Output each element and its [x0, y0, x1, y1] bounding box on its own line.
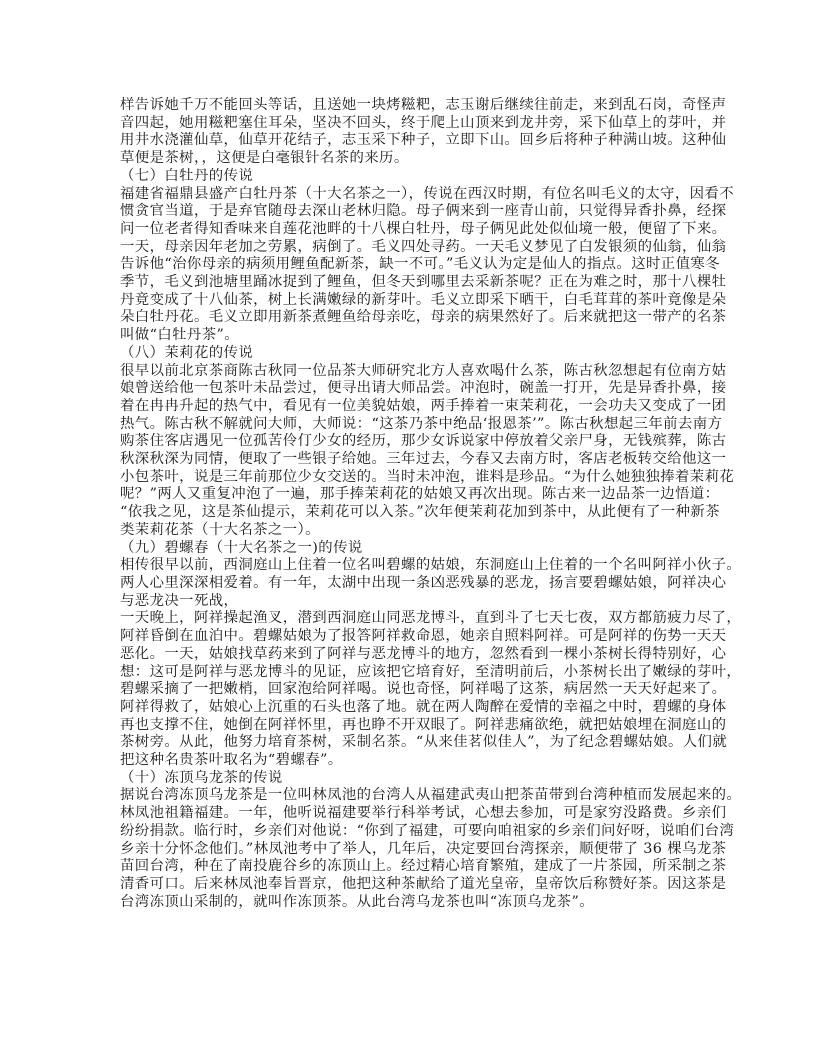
text-line: 两人心里深深相爱着。有一年，太湖中出现一条凶恶残暴的恶龙，扬言要碧螺姑娘，阿祥决…: [120, 575, 698, 593]
text-line: 想：这可是阿祥与恶龙博斗的见证，应该把它培育好，至清明前后，小茶树长出了嫩绿的芽…: [120, 664, 698, 682]
text-line: 朵白牡丹花。毛义立即用新茶煮鲤鱼给母亲吃，母亲的病果然好了。后来就把这一带产的名…: [120, 309, 698, 327]
text-line: 小包茶叶，说是三年前那位少女交送的。当时未冲泡，谁料是珍品。“为什么她独独捧着茉…: [120, 469, 698, 487]
paragraph-baihao-yinzhen-ending: 样告诉她千万不能回头等话，且送她一块烤糍粑，志玉谢后继续往前走，来到乱石岗，奇怪…: [120, 97, 698, 168]
text-line: 惯贪官当道，于是弃官随母去深山老林归隐。母子俩来到一座青山前，只觉得异香扑鼻，经…: [120, 203, 698, 221]
section-heading-10: （十）冻顶乌龙茶的传说: [120, 770, 698, 788]
text-line: 秋深秋深为同情，便取了一些银子给她。三年过去，今春又去南方时，客店老板转交给他这…: [120, 451, 698, 469]
text-line: 热气。陈古秋不解就问大师，大师说：“这茶乃茶中绝品‘报恩茶’”。陈古秋想起三年前…: [120, 416, 698, 434]
text-line: 阿祥昏倒在血泊中。碧螺姑娘为了报答阿祥救命恩，她亲自照料阿祥。可是阿祥的伤势一天…: [120, 628, 698, 646]
text-line: 茶树旁。从此，他努力培育茶树，采制名茶。“从来佳茗似佳人”，为了纪念碧螺姑娘。人…: [120, 734, 698, 752]
text-line: 一天，母亲因年老加之劳累，病倒了。毛义四处寻药。一天毛义梦见了白发银须的仙翁，仙…: [120, 239, 698, 257]
section-heading-8: （八）茉莉花的传说: [120, 345, 698, 363]
paragraph-dongding-oolong: 据说台湾冻顶乌龙茶是一位叫林凤池的台湾人从福建武夷山把茶苗带到台湾种植而发展起来…: [120, 787, 698, 911]
paragraph-bai-mudan: 福建省福鼎县盛产白牡丹茶（十大名茶之一），传说在西汉时期，有位名叫毛义的太守，因…: [120, 186, 698, 345]
text-line: 台湾冻顶山采制的，就叫作冻顶茶。从此台湾乌龙茶也叫“冻顶乌龙茶”。: [120, 894, 698, 912]
text-line: “依我之见，这是茶仙提示，茉莉花可以入茶。”次年便茉莉花加到茶中，从此便有了一种…: [120, 504, 698, 522]
text-line: 相传很早以前，西洞庭山上住着一位名叫碧螺的姑娘，东洞庭山上住着的一个名叫阿祥小伙…: [120, 557, 698, 575]
text-line: 苗回台湾，种在了南投鹿谷乡的冻顶山上。经过精心培育繁殖，建成了一片茶园，所采制之…: [120, 858, 698, 876]
text-line: 音四起，她用糍粑塞住耳朵，坚决不回头，终于爬上山顶来到龙井旁，采下仙草上的芽叶，…: [120, 115, 698, 133]
text-line: 阿祥得救了，姑娘心上沉重的石头也落了地。就在两人陶醉在爱情的幸福之中时，碧螺的身…: [120, 699, 698, 717]
text-line: 纷纷捐款。临行时，乡亲们对他说：“你到了福建，可要向咱祖家的乡亲们问好呀，说咱们…: [120, 823, 698, 841]
text-line: 福建省福鼎县盛产白牡丹茶（十大名茶之一），传说在西汉时期，有位名叫毛义的太守，因…: [120, 186, 698, 204]
text-line: 清香可口。后来林凤池奉旨晋京，他把这种茶献给了道光皇帝，皇帝饮后称赞好茶。因这茶…: [120, 876, 698, 894]
text-line: 叫做“白牡丹茶”。: [120, 327, 698, 345]
text-line: 恶化。一天，姑娘找草药来到了阿祥与恶龙博斗的地方，忽然看到一棵小茶树长得特别好，…: [120, 646, 698, 664]
text-line: 林凤池祖籍福建。一年，他听说福建要举行科举考试，心想去参加，可是家穷没路费。乡亲…: [120, 805, 698, 823]
heading-text: （七）白牡丹的传说: [120, 168, 698, 186]
text-line: 购茶住客店遇见一位孤苦伶仃少女的经历，那少女诉说家中停放着父亲尸身，无钱殡葬，陈…: [120, 433, 698, 451]
text-line: 草便是茶树，，这便是白毫银针名茶的来历。: [120, 150, 698, 168]
text-line: 据说台湾冻顶乌龙茶是一位叫林凤池的台湾人从福建武夷山把茶苗带到台湾种植而发展起来…: [120, 787, 698, 805]
paragraph-biluochun-intro: 相传很早以前，西洞庭山上住着一位名叫碧螺的姑娘，东洞庭山上住着的一个名叫阿祥小伙…: [120, 557, 698, 610]
heading-text: （九）碧螺春（十大名茶之一)的传说: [120, 540, 698, 558]
text-line: 乡亲十分怀念他们。”林凤池考中了举人，几年后，决定要回台湾探亲，顺便带了 36 …: [120, 841, 698, 859]
paragraph-biluochun-story: 一天晚上，阿祥操起渔叉，潜到西洞庭山同恶龙博斗，直到斗了七天七夜，双方都筋疲力尽…: [120, 610, 698, 769]
text-line: 一天晚上，阿祥操起渔叉，潜到西洞庭山同恶龙博斗，直到斗了七天七夜，双方都筋疲力尽…: [120, 610, 698, 628]
heading-text: （十）冻顶乌龙茶的传说: [120, 770, 698, 788]
text-line: 告诉他“治你母亲的病须用鲤鱼配新茶，缺一不可。”毛义认为定是仙人的指点。这时正值…: [120, 256, 698, 274]
text-line: 很早以前北京茶商陈古秋同一位品茶大师研究北方人喜欢喝什么茶，陈古秋忽想起有位南方…: [120, 363, 698, 381]
text-line: 与恶龙决一死战，: [120, 593, 698, 611]
text-line: 娘曾送给他一包茶叶未品尝过，便寻出请大师品尝。冲泡时，碗盖一打开，先是异香扑鼻，…: [120, 380, 698, 398]
text-line: 再也支撑不住，她倒在阿祥怀里，再也睁不开双眼了。阿祥悲痛欲绝，就把姑娘埋在洞庭山…: [120, 717, 698, 735]
text-line: 着在冉冉升起的热气中，看见有一位美貌姑娘，两手捧着一束茉莉花，一会功夫又变成了一…: [120, 398, 698, 416]
text-line: 问一位老者得知香味来自莲花池畔的十八棵白牡丹，母子俩见此处似仙境一般，便留了下来…: [120, 221, 698, 239]
document-page: 样告诉她千万不能回头等话，且送她一块烤糍粑，志玉谢后继续往前走，来到乱石岗，奇怪…: [120, 97, 698, 911]
text-line: 呢？”两人又重复冲泡了一遍，那手捧茉莉花的姑娘又再次出现。陈古来一边品茶一边悟道…: [120, 486, 698, 504]
heading-text: （八）茉莉花的传说: [120, 345, 698, 363]
text-line: 样告诉她千万不能回头等话，且送她一块烤糍粑，志玉谢后继续往前走，来到乱石岗，奇怪…: [120, 97, 698, 115]
paragraph-jasmine: 很早以前北京茶商陈古秋同一位品茶大师研究北方人喜欢喝什么茶，陈古秋忽想起有位南方…: [120, 363, 698, 540]
text-line: 用井水浇灌仙草，仙草开花结子，志玉采下种子，立即下山。回乡后将种子种满山坡。这种…: [120, 132, 698, 150]
text-line: 类茉莉花茶（十大名茶之一）。: [120, 522, 698, 540]
text-line: 把这种名贵茶叶取名为“碧螺春”。: [120, 752, 698, 770]
text-line: 丹竟变成了十八仙茶，树上长满嫩绿的新芽叶。毛义立即采下晒干，白毛茸茸的茶叶竟像是…: [120, 292, 698, 310]
section-heading-7: （七）白牡丹的传说: [120, 168, 698, 186]
text-line: 季节，毛义到池塘里踊冰捉到了鲤鱼，但冬天到哪里去采新茶呢？正在为难之时，那十八棵…: [120, 274, 698, 292]
text-line: 碧螺采摘了一把嫩梢，回家泡给阿祥喝。说也奇怪，阿祥喝了这茶，病居然一天天好起来了…: [120, 681, 698, 699]
section-heading-9: （九）碧螺春（十大名茶之一)的传说: [120, 540, 698, 558]
